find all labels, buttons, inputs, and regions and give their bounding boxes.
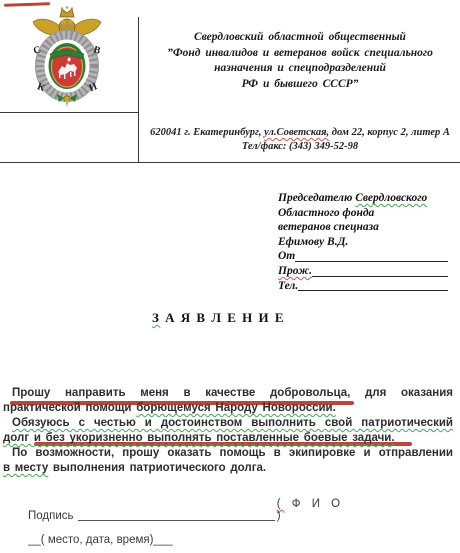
- recipient-region-flagged: Свердловского: [355, 192, 427, 204]
- header-horizontal-rule-left: [0, 112, 138, 113]
- recipient-line: ветеранов спецназа: [278, 220, 448, 235]
- org-phone-line: Тел/факс: (343) 349-52-98: [146, 140, 454, 154]
- residence-blank-line: [312, 276, 448, 277]
- body-line-1: Прошу направить меня в качестве добровол…: [3, 386, 453, 401]
- org-name-block: Свердловский областной общественный ”Фон…: [146, 30, 454, 92]
- recipient-line: Ефимову В.Д.: [278, 235, 448, 250]
- document-title: З А Я В Л Е Н И Е: [152, 310, 285, 326]
- letter-body: Прошу направить меня в качестве добровол…: [3, 386, 453, 476]
- org-name-line: ”Фонд инвалидов и ветеранов войск специа…: [146, 46, 454, 62]
- body-line-2: практической помощи борющемуся Народу Но…: [3, 401, 453, 416]
- address-text: 620041 г. Екатеринбург,: [150, 127, 264, 138]
- residence-field: Прож.: [278, 264, 448, 279]
- emblem-bottom-pendant: [57, 94, 77, 107]
- from-label: От: [278, 249, 295, 264]
- body-line-4: долг и без укоризненно выполнять поставл…: [3, 431, 453, 446]
- org-name-line: назначения и спецподразделений: [146, 61, 454, 77]
- address-text: дом 22, корпус 2, литер А: [329, 127, 450, 138]
- body-text: практической помощи: [3, 402, 136, 414]
- phone-label: Тел.: [278, 279, 298, 294]
- emblem-letter-i: И: [88, 81, 99, 94]
- body-flagged-text: борющемуся Народу Новороссии.: [136, 402, 336, 414]
- fund-emblem: С В К И: [26, 4, 108, 108]
- emblem-crown: [60, 6, 74, 17]
- header-horizontal-rule-full: [0, 162, 460, 163]
- body-text: выполнения патриотического долга.: [48, 462, 266, 474]
- org-name-line: РФ и бывшего СССР”: [146, 77, 454, 93]
- phone-field: Тел.: [278, 279, 448, 294]
- signature-label: Подпись: [28, 510, 74, 522]
- fio-caption: ( Ф И О ): [277, 498, 358, 522]
- phone-blank-line: [298, 290, 448, 291]
- place-date-caption: __( место, дата, время)___: [28, 534, 173, 546]
- from-field: От: [278, 249, 448, 264]
- signature-blank-line: [78, 520, 275, 521]
- body-flagged-text: в месту: [3, 462, 48, 474]
- fio-text: Ф И О ): [277, 498, 344, 522]
- recipient-block: Председателю Свердловского Областного фо…: [278, 191, 448, 293]
- title-rest: А Я В Л Е Н И Е: [160, 310, 285, 325]
- fio-open-paren-flagged: (: [277, 498, 285, 510]
- signature-row: Подпись ( Ф И О ): [28, 498, 358, 522]
- residence-label: Прож.: [278, 264, 312, 279]
- body-line-5: По возможности, прошу оказать помощь в э…: [3, 446, 453, 461]
- scanned-application-letter: С В К И Свердловский областной общес: [0, 0, 460, 553]
- recipient-line: Председателю Свердловского: [278, 191, 448, 206]
- recipient-text: Председателю: [278, 192, 355, 204]
- body-line-6: в месту выполнения патриотического долга…: [3, 461, 453, 476]
- recipient-line: Областного фонда: [278, 206, 448, 221]
- org-name-line: Свердловский областной общественный: [146, 30, 454, 46]
- org-address-block: 620041 г. Екатеринбург, ул.Советская, до…: [146, 126, 454, 153]
- org-address-line: 620041 г. Екатеринбург, ул.Советская, до…: [146, 126, 454, 140]
- address-street-flagged: ул.Советская,: [264, 127, 329, 138]
- from-blank-line: [295, 261, 448, 262]
- header-vertical-divider: [138, 17, 139, 162]
- body-line-3: Обязуюсь с честью и достоинством выполни…: [3, 416, 453, 431]
